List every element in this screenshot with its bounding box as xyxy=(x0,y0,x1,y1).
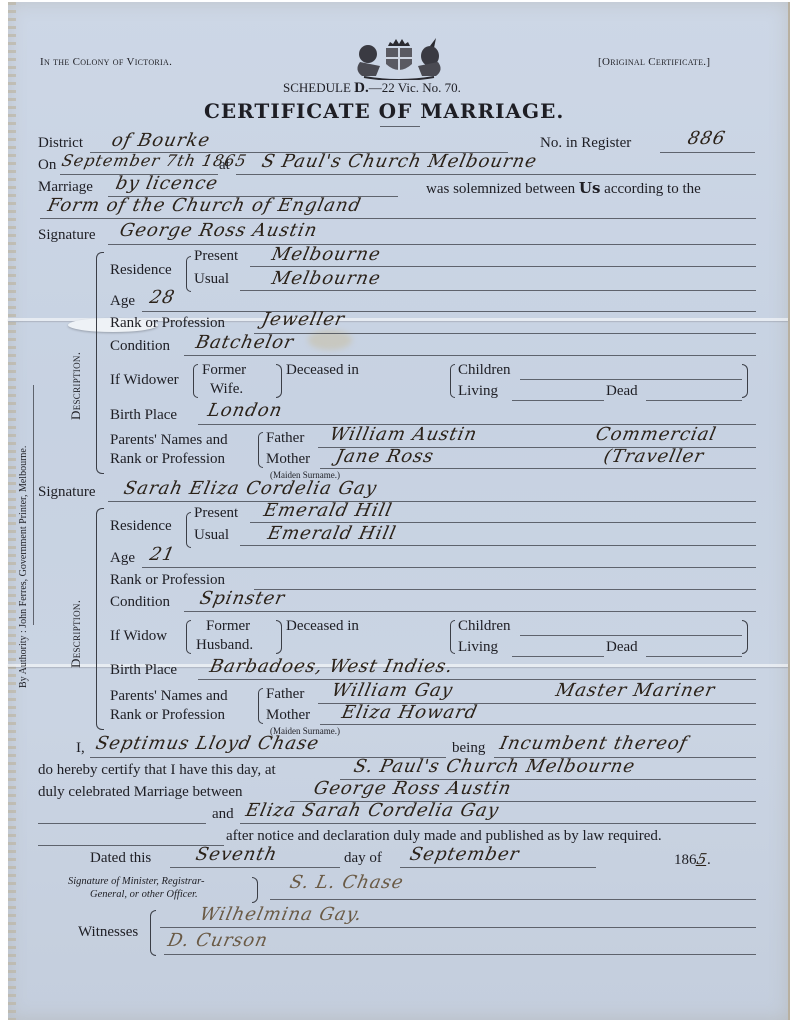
bride-signature-label: Signature xyxy=(38,484,96,501)
certify-place: S. Paul's Church Melbourne xyxy=(352,756,637,777)
rite-value: Form of the Church of England xyxy=(46,195,364,216)
witnesses-label: Witnesses xyxy=(78,924,138,941)
groom-parents-rank-label: Rank or Profession xyxy=(110,451,225,468)
groom-usual-label: Usual xyxy=(194,271,229,288)
bride-signature: Sarah Eliza Cordelia Gay xyxy=(122,478,379,499)
bride-living-label: Living xyxy=(458,639,498,656)
groom-condition: Batchelor xyxy=(194,332,296,353)
bride-usual-label: Usual xyxy=(194,527,229,544)
witness-2-signature: D. Curson xyxy=(166,930,270,951)
i-label: I, xyxy=(76,740,85,757)
district-value: of Bourke xyxy=(110,130,213,151)
groom-usual-residence: Melbourne xyxy=(270,268,383,289)
royal-coat-of-arms-icon xyxy=(348,36,450,80)
bride-rank-label: Rank or Profession xyxy=(110,572,225,589)
schedule-line: SCHEDULE D.—22 Vic. No. 70. xyxy=(283,80,461,97)
bride-parents-rank-label: Rank or Profession xyxy=(110,707,225,724)
bride-husband-label: Husband. xyxy=(196,637,253,654)
groom-signature-label: Signature xyxy=(38,227,96,244)
minister-name: Septimus Lloyd Chase xyxy=(94,733,322,754)
bride-children-label: Children xyxy=(458,618,511,635)
title-underline xyxy=(380,126,420,127)
minister-signature-label: Signature of Minister, Registrar- xyxy=(68,876,204,887)
groom-description-brace xyxy=(96,252,104,474)
groom-widower-label: If Widower xyxy=(110,372,179,389)
groom-present-residence: Melbourne xyxy=(270,244,383,265)
dated-day: Seventh xyxy=(194,844,280,865)
and-label: and xyxy=(212,806,234,823)
bride-condition-label: Condition xyxy=(110,594,170,611)
bride-former-label: Former xyxy=(206,618,250,635)
bride-widow-label: If Widow xyxy=(110,628,167,645)
groom-deceased-label: Deceased in xyxy=(286,362,359,379)
minister-signature: S. L. Chase xyxy=(288,872,406,893)
bride-parents-label: Parents' Names and xyxy=(110,688,228,705)
bride-birthplace: Barbadoes, West Indies. xyxy=(208,656,455,677)
dated-year: 1865. xyxy=(674,850,711,869)
marriage-by-value: by licence xyxy=(114,173,220,194)
notice-text: after notice and declaration duly made a… xyxy=(226,828,662,845)
bride-condition: Spinster xyxy=(198,588,287,609)
bride-deceased-label: Deceased in xyxy=(286,618,359,635)
groom-living-label: Living xyxy=(458,383,498,400)
bride-father-label: Father xyxy=(266,686,304,703)
groom-children-label: Children xyxy=(458,362,511,379)
dated-label: Dated this xyxy=(90,850,151,867)
groom-father-rank: Commercial xyxy=(594,424,719,445)
groom-former-label: Former xyxy=(202,362,246,379)
bride-present-residence: Emerald Hill xyxy=(262,500,395,521)
district-label: District xyxy=(38,135,83,152)
minister-signature-label-2: General, or other Officer. xyxy=(90,889,198,900)
groom-condition-label: Condition xyxy=(110,338,170,355)
on-label: On xyxy=(38,157,56,174)
colony-heading: In the Colony of Victoria. xyxy=(40,56,172,68)
groom-mother-rank: (Traveller xyxy=(602,446,706,467)
party-1-name: George Ross Austin xyxy=(312,778,514,799)
bride-age-label: Age xyxy=(110,550,135,567)
page-title: CERTIFICATE OF MARRIAGE. xyxy=(204,99,564,123)
day-of-label: day of xyxy=(344,850,382,867)
original-certificate-label: [Original Certificate.] xyxy=(598,56,710,68)
bride-dead-label: Dead xyxy=(606,639,638,656)
bride-birthplace-label: Birth Place xyxy=(110,662,177,679)
bride-father-rank: Master Mariner xyxy=(554,680,717,701)
bride-mother-name: Eliza Howard xyxy=(340,702,480,723)
groom-birthplace-label: Birth Place xyxy=(110,407,177,424)
minister-office: Incumbent thereof xyxy=(498,733,690,754)
groom-birthplace: London xyxy=(206,400,285,421)
register-label: No. in Register xyxy=(540,135,631,152)
register-number: 886 xyxy=(686,128,728,149)
bride-mother-label: Mother xyxy=(266,707,310,724)
bride-description-brace xyxy=(96,508,104,730)
being-label: being xyxy=(452,740,485,757)
witness-1-signature: Wilhelmina Gay. xyxy=(198,904,365,925)
groom-present-label: Present xyxy=(194,248,238,265)
groom-rank-label: Rank or Profession xyxy=(110,315,225,332)
groom-father-label: Father xyxy=(266,430,304,447)
groom-description-label: Description. xyxy=(68,352,84,420)
marriage-place-value: S Paul's Church Melbourne xyxy=(260,151,539,172)
groom-signature: George Ross Austin xyxy=(118,220,320,241)
groom-mother-name: Jane Ross xyxy=(334,446,436,467)
groom-age: 28 xyxy=(148,287,177,308)
bride-residence-label: Residence xyxy=(110,518,172,535)
certify-text: do hereby certify that I have this day, … xyxy=(38,762,276,779)
printer-imprint: By Authority : John Ferres, Government P… xyxy=(18,446,29,688)
groom-profession: Jeweller xyxy=(260,309,347,330)
celebrated-text: duly celebrated Marriage between xyxy=(38,784,242,801)
groom-parents-label: Parents' Names and xyxy=(110,432,228,449)
groom-father-name: William Austin xyxy=(328,424,480,445)
solemnized-text: was solemnized between Us according to t… xyxy=(426,179,701,198)
groom-mother-label: Mother xyxy=(266,451,310,468)
marriage-label: Marriage xyxy=(38,179,93,196)
bride-present-label: Present xyxy=(194,505,238,522)
groom-age-label: Age xyxy=(110,293,135,310)
dated-month: September xyxy=(408,844,522,865)
side-divider xyxy=(33,385,34,625)
groom-wife-label: Wife. xyxy=(210,381,243,398)
perforated-edge xyxy=(8,2,16,1020)
bride-father-name: William Gay xyxy=(330,680,455,701)
at-label: at xyxy=(219,157,230,174)
bride-description-label: Description. xyxy=(68,600,84,668)
groom-dead-label: Dead xyxy=(606,383,638,400)
bride-usual-residence: Emerald Hill xyxy=(266,523,399,544)
groom-residence-label: Residence xyxy=(110,262,172,279)
party-2-name: Eliza Sarah Cordelia Gay xyxy=(244,800,501,821)
bride-age: 21 xyxy=(148,544,177,565)
